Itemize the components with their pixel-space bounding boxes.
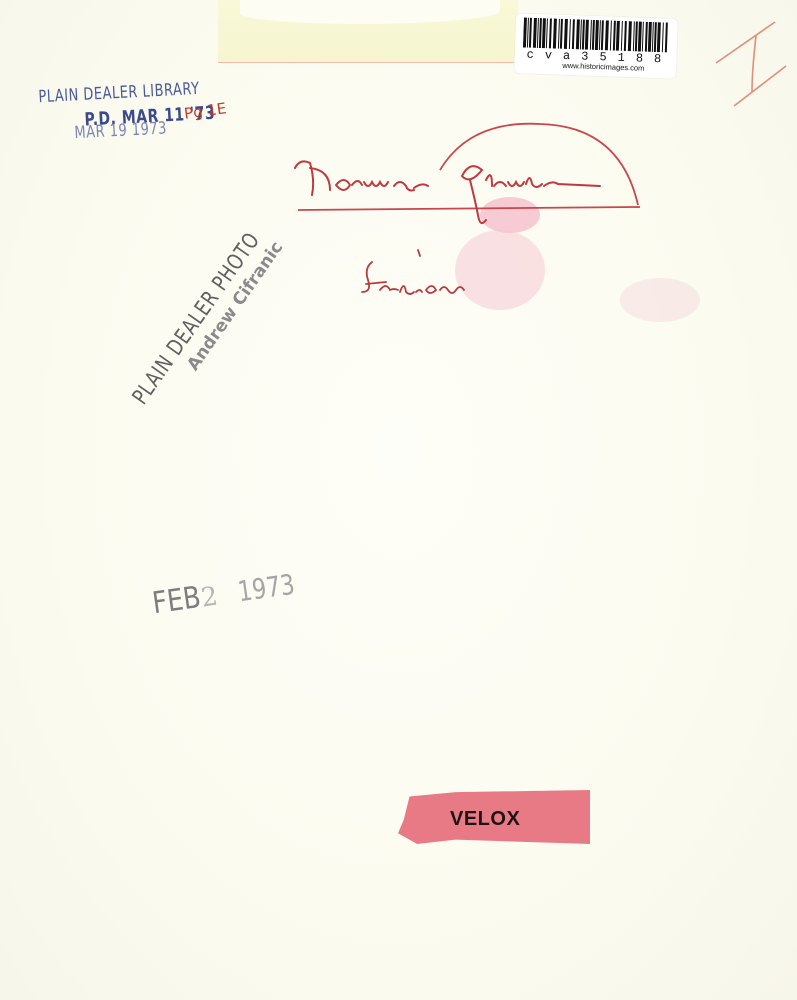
corner-mark-i (716, 22, 786, 106)
date-stamp-year: 1973 (236, 568, 297, 609)
date-stamp-month: FEB (150, 580, 203, 621)
velox-label: VELOX (450, 808, 520, 831)
handwriting-layer (0, 0, 797, 1000)
